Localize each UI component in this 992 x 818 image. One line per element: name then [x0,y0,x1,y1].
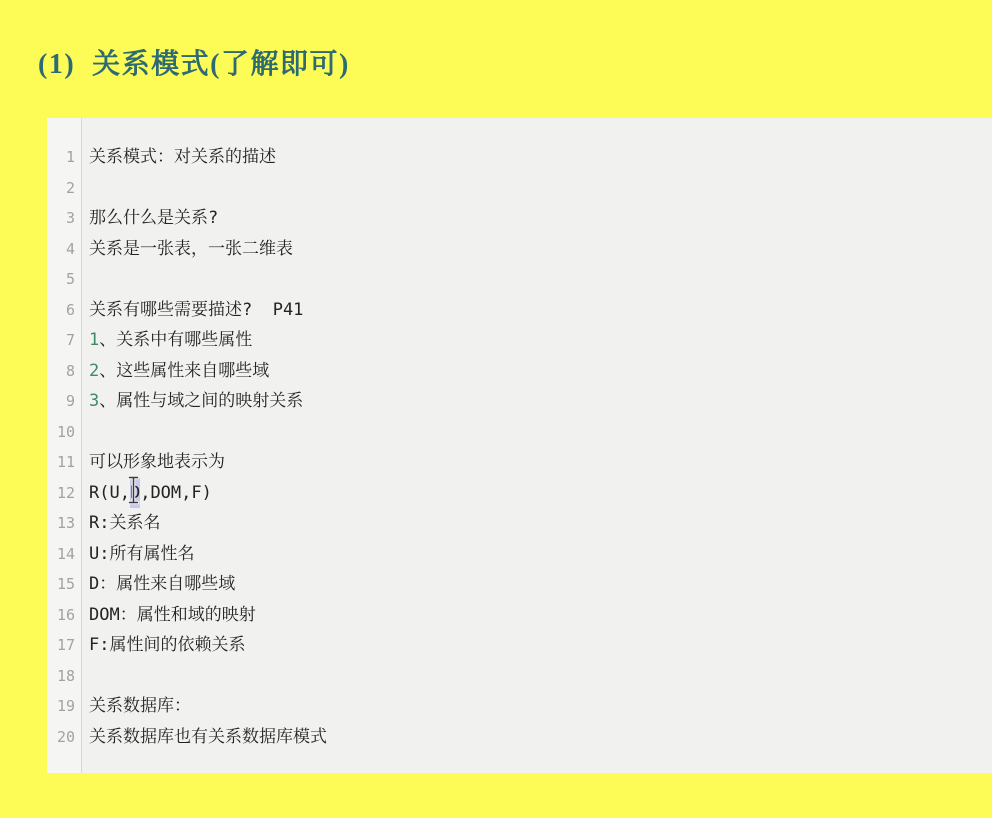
line-number: 2 [47,173,82,204]
text-segment: 关系有哪些需要描述? P41 [89,300,303,320]
editor-row: 11可以形象地表示为 [47,447,992,478]
text-segment: R(U, [89,483,130,503]
editor-row: 71、关系中有哪些属性 [47,325,992,356]
editor-row: 17F:属性间的依赖关系 [47,630,992,661]
editor-row: 93、属性与域之间的映射关系 [47,386,992,417]
line-number: 15 [47,569,82,600]
text-segment: 1 [89,330,99,350]
text-segment: 关系数据库： [89,696,191,716]
editor-row: 20关系数据库也有关系数据库模式 [47,722,992,753]
editor-row: 1关系模式：对关系的描述 [47,142,992,173]
line-number: 12 [47,478,82,509]
text-segment: F:属性间的依赖关系 [89,635,245,655]
text-segment: 可以形象地表示为 [89,452,225,472]
editor-row: 12R(U,D,DOM,F) [47,478,992,509]
code-line[interactable] [82,264,992,295]
line-number: 10 [47,417,82,448]
editor-row: 6关系有哪些需要描述? P41 [47,295,992,326]
code-line[interactable]: 关系数据库也有关系数据库模式 [82,722,992,753]
code-line[interactable]: 1、关系中有哪些属性 [82,325,992,356]
line-number: 6 [47,295,82,326]
text-segment: 那么什么是关系? [89,208,218,228]
editor-row: 2 [47,173,992,204]
editor-row: 13R:关系名 [47,508,992,539]
editor-row: 10 [47,417,992,448]
editor-row: 5 [47,264,992,295]
editor-row: 18 [47,661,992,692]
code-line[interactable]: 那么什么是关系? [82,203,992,234]
code-line[interactable] [82,661,992,692]
text-segment: 、属性与域之间的映射关系 [99,391,303,411]
code-line[interactable]: 关系模式：对关系的描述 [82,142,992,173]
line-number: 3 [47,203,82,234]
editor-row: 3那么什么是关系? [47,203,992,234]
code-line[interactable]: 可以形象地表示为 [82,447,992,478]
code-line[interactable] [82,173,992,204]
page-title: (1) 关系模式(了解即可) [38,42,350,82]
editor-panel[interactable]: 1关系模式：对关系的描述23那么什么是关系?4关系是一张表，一张二维表56关系有… [47,118,992,773]
code-line[interactable]: 关系数据库： [82,691,992,722]
text-segment: 2 [89,361,99,381]
editor-row: 82、这些属性来自哪些域 [47,356,992,387]
code-line[interactable]: DOM：属性和域的映射 [82,600,992,631]
line-number: 20 [47,722,82,753]
editor-row: 15D：属性来自哪些域 [47,569,992,600]
code-line[interactable]: R:关系名 [82,508,992,539]
text-segment: 关系模式：对关系的描述 [89,147,276,167]
line-number: 11 [47,447,82,478]
text-segment: 3 [89,391,99,411]
text-segment: R:关系名 [89,513,160,533]
text-segment: D：属性来自哪些域 [89,574,235,594]
code-line[interactable]: 关系是一张表，一张二维表 [82,234,992,265]
editor-lines: 1关系模式：对关系的描述23那么什么是关系?4关系是一张表，一张二维表56关系有… [47,142,992,752]
code-line[interactable]: R(U,D,DOM,F) [82,478,992,509]
code-line[interactable]: 关系有哪些需要描述? P41 [82,295,992,326]
line-number: 18 [47,661,82,692]
code-line[interactable]: F:属性间的依赖关系 [82,630,992,661]
editor-row: 19关系数据库： [47,691,992,722]
text-segment: 关系是一张表，一张二维表 [89,239,293,259]
text-segment: DOM：属性和域的映射 [89,605,256,625]
text-segment: U:所有属性名 [89,544,194,564]
line-number: 16 [47,600,82,631]
code-line[interactable]: D：属性来自哪些域 [82,569,992,600]
line-number: 7 [47,325,82,356]
editor-row: 16DOM：属性和域的映射 [47,600,992,631]
code-line[interactable] [82,417,992,448]
page-background: { "page": { "background_color": "#fdfb55… [0,0,992,818]
code-line[interactable]: 3、属性与域之间的映射关系 [82,386,992,417]
line-number: 19 [47,691,82,722]
line-number: 17 [47,630,82,661]
text-segment: 关系数据库也有关系数据库模式 [89,727,327,747]
code-line[interactable]: 2、这些属性来自哪些域 [82,356,992,387]
code-line[interactable]: U:所有属性名 [82,539,992,570]
text-segment: 、这些属性来自哪些域 [99,361,269,381]
editor-row: 4关系是一张表，一张二维表 [47,234,992,265]
line-number: 1 [47,142,82,173]
line-number: 8 [47,356,82,387]
line-number: 4 [47,234,82,265]
line-number: 14 [47,539,82,570]
text-segment: ,DOM,F) [140,483,212,503]
line-number: 5 [47,264,82,295]
hovered-character-highlight[interactable]: D [130,478,140,508]
editor-row: 14U:所有属性名 [47,539,992,570]
text-segment: 、关系中有哪些属性 [99,330,252,350]
line-number: 9 [47,386,82,417]
line-number: 13 [47,508,82,539]
